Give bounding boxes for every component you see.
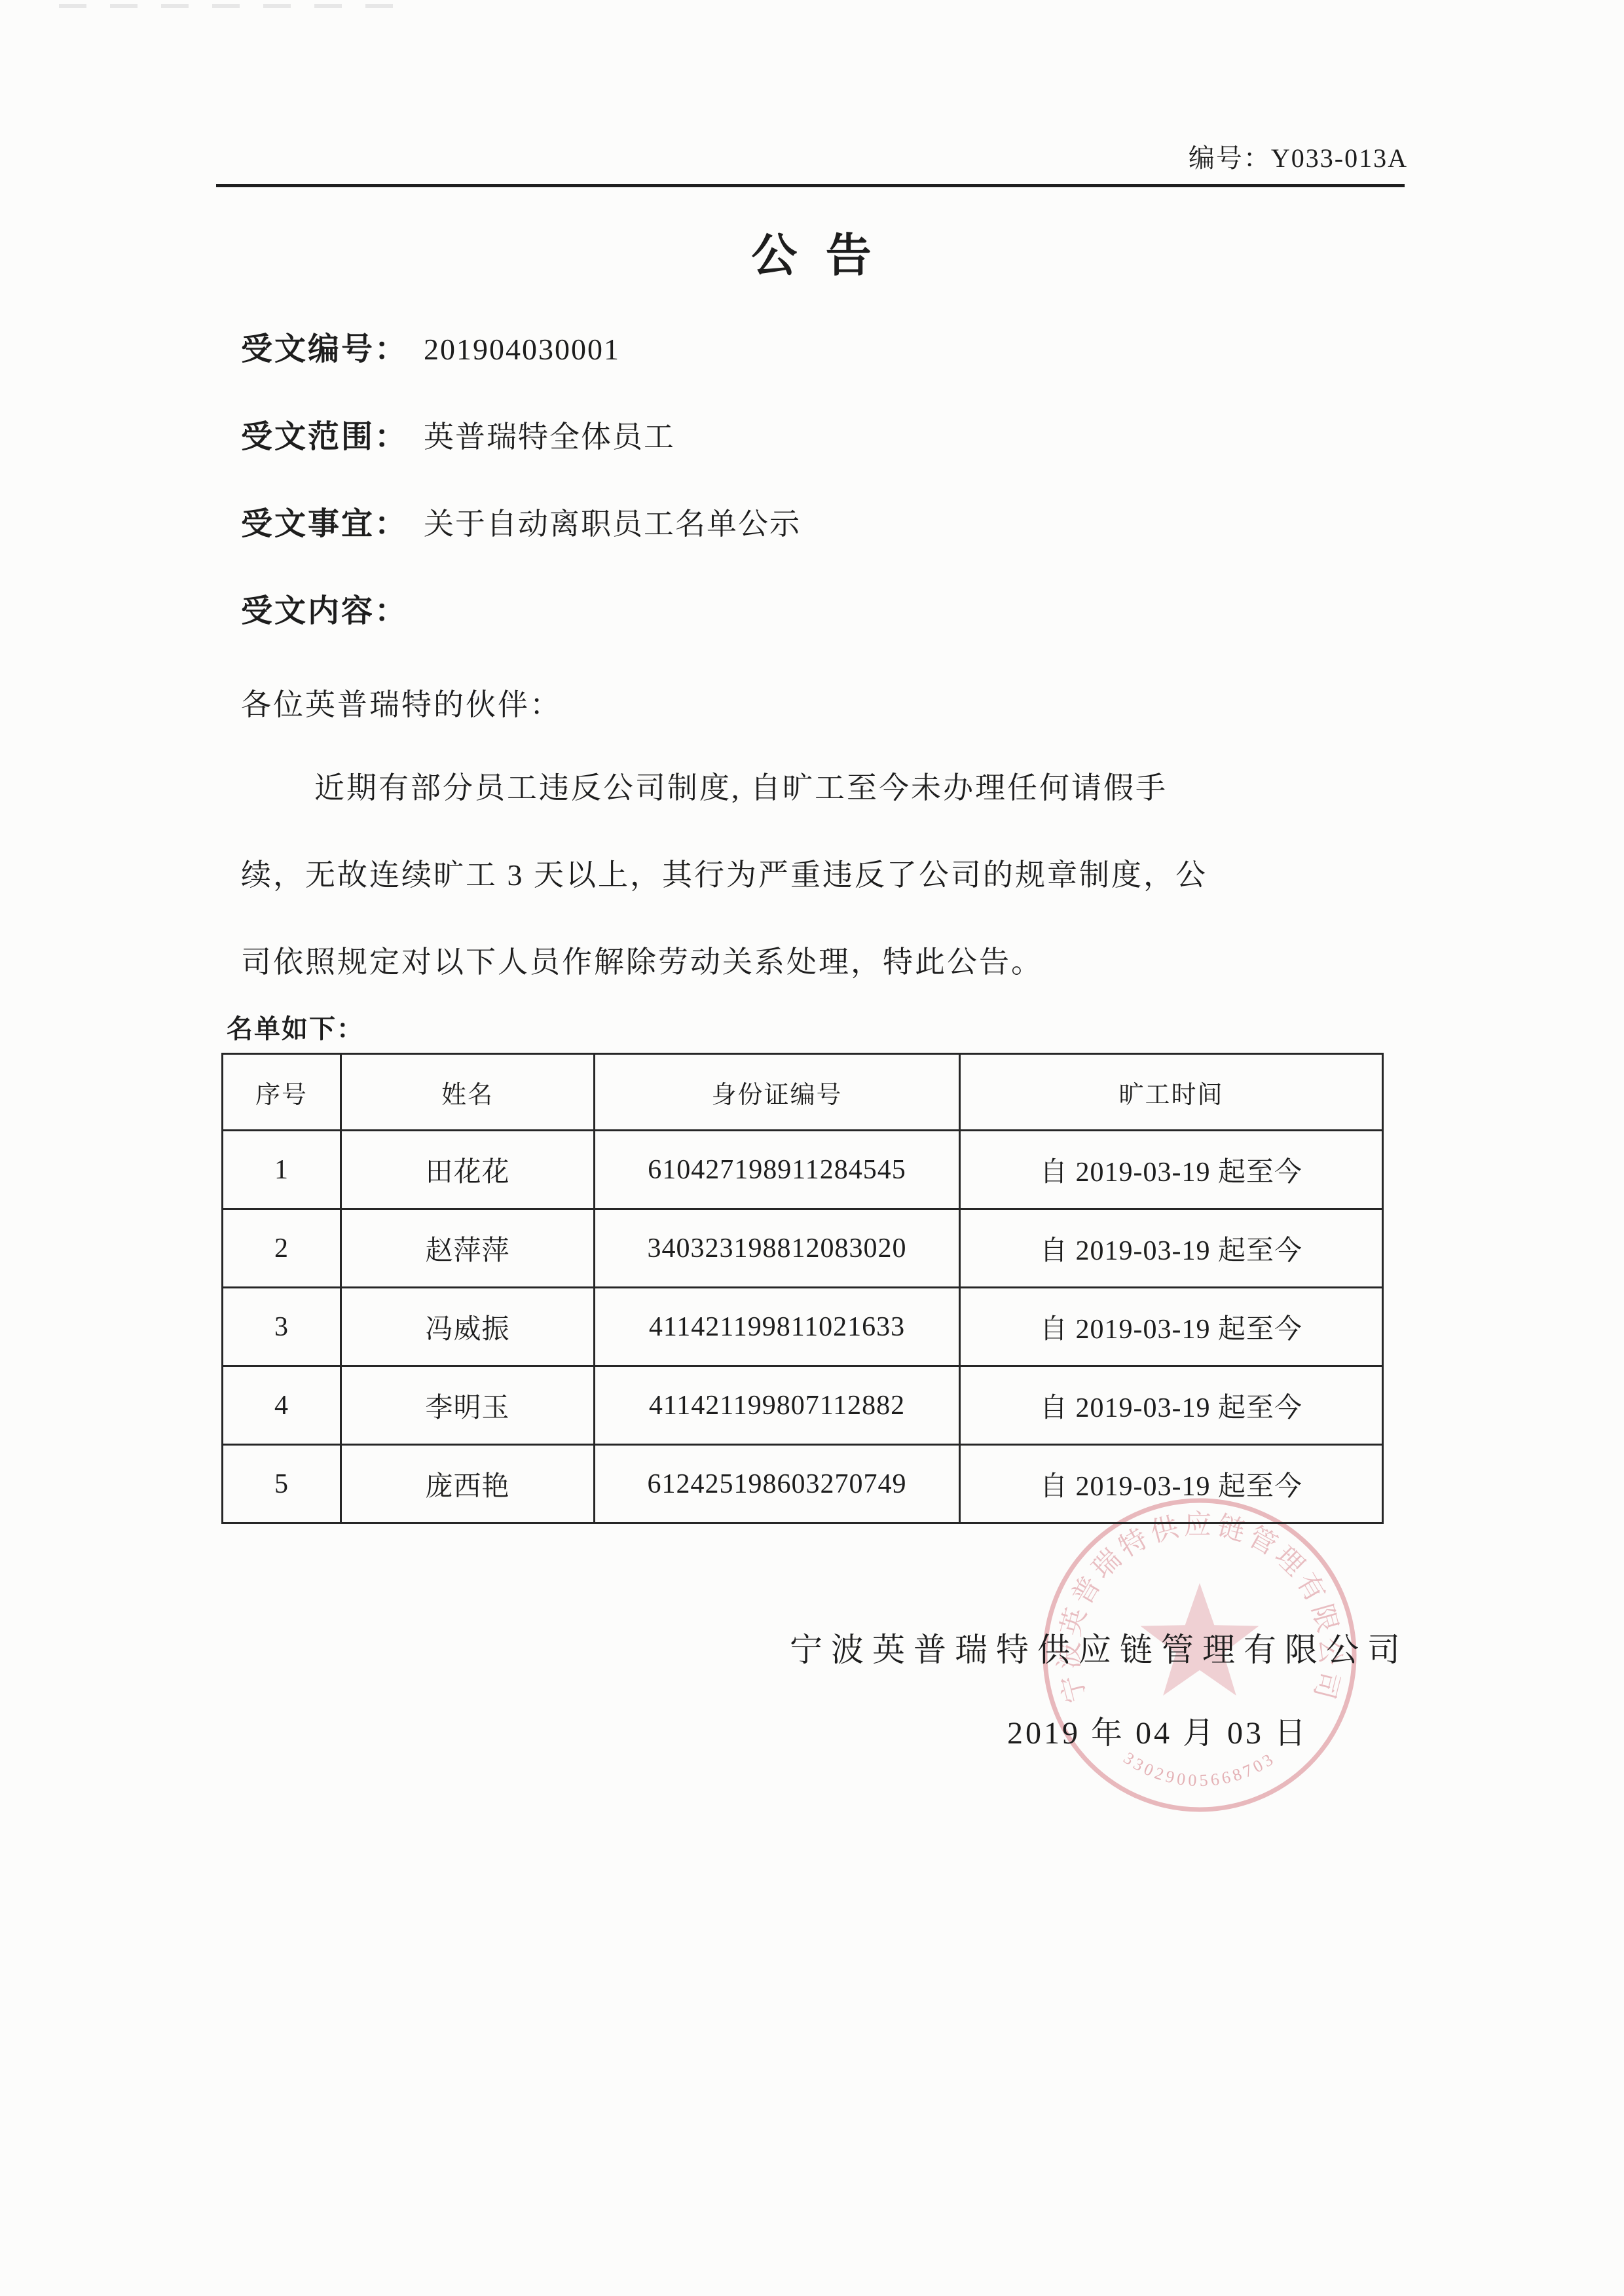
table-row: 2 赵萍萍 340323198812083020 自 2019-03-19 起至… <box>223 1209 1383 1288</box>
body-paragraph-line-2: 续，无故连续旷工 3 天以上，其行为严重违反了公司的规章制度，公 <box>241 857 1413 893</box>
cell-seq: 3 <box>223 1288 341 1366</box>
table-header-row: 序号 姓名 身份证编号 旷工时间 <box>223 1054 1383 1131</box>
table-row: 1 田花花 610427198911284545 自 2019-03-19 起至… <box>223 1131 1383 1209</box>
cell-seq: 5 <box>223 1445 341 1523</box>
field-row-content: 受文内容： <box>241 593 424 629</box>
field-row-scope: 受文范围：英普瑞特全体员工 <box>241 419 675 455</box>
cell-absence-time: 自 2019-03-19 起至今 <box>960 1209 1383 1288</box>
cell-id-number: 411421199811021633 <box>595 1288 960 1366</box>
field-label: 受文事宜： <box>241 507 408 541</box>
field-label: 受文范围： <box>241 420 408 454</box>
signature-company-name: 宁波英普瑞特供应链管理有限公司 <box>790 1624 1409 1671</box>
list-intro: 名单如下： <box>227 1008 364 1046</box>
signature-date: 2019 年 04 月 03 日 <box>1007 1707 1308 1753</box>
cell-id-number: 610427198911284545 <box>595 1131 960 1209</box>
cell-absence-time: 自 2019-03-19 起至今 <box>960 1131 1383 1209</box>
field-value: 201904030001 <box>424 333 620 366</box>
page-title: 公 告 <box>0 230 1624 283</box>
roster-table: 序号 姓名 身份证编号 旷工时间 1 田花花 61042719891128454… <box>221 1053 1384 1524</box>
cell-seq: 1 <box>223 1131 341 1209</box>
header-name: 姓名 <box>341 1054 595 1131</box>
cell-name: 田花花 <box>341 1131 595 1209</box>
field-row-doc-id: 受文编号：201904030001 <box>241 331 620 367</box>
cell-absence-time: 自 2019-03-19 起至今 <box>960 1445 1383 1523</box>
cell-seq: 4 <box>223 1366 341 1445</box>
body-paragraph-line-3: 司依照规定对以下人员作解除劳动关系处理，特此公告。 <box>241 944 1413 980</box>
cell-name: 赵萍萍 <box>341 1209 595 1288</box>
table-row: 3 冯威振 411421199811021633 自 2019-03-19 起至… <box>223 1288 1383 1366</box>
header-seq: 序号 <box>223 1054 341 1131</box>
cell-id-number: 612425198603270749 <box>595 1445 960 1523</box>
cell-seq: 2 <box>223 1209 341 1288</box>
cell-id-number: 411421199807112882 <box>595 1366 960 1445</box>
cell-id-number: 340323198812083020 <box>595 1209 960 1288</box>
field-label: 受文内容： <box>241 594 408 629</box>
field-row-subject: 受文事宜：关于自动离职员工名单公示 <box>241 506 801 542</box>
salutation: 各位英普瑞特的伙伴： <box>241 681 562 724</box>
field-value: 关于自动离职员工名单公示 <box>424 507 801 541</box>
cell-name: 庞西艳 <box>341 1445 595 1523</box>
roster-table-wrap: 序号 姓名 身份证编号 旷工时间 1 田花花 61042719891128454… <box>221 1053 1384 1524</box>
field-label: 受文编号： <box>241 332 408 367</box>
field-value: 英普瑞特全体员工 <box>424 420 675 454</box>
body-paragraph-line-1: 近期有部分员工违反公司制度, 自旷工至今未办理任何请假手 <box>241 770 1486 806</box>
table-row: 4 李明玉 411421199807112882 自 2019-03-19 起至… <box>223 1366 1383 1445</box>
header-absence-time: 旷工时间 <box>960 1054 1383 1131</box>
cell-name: 李明玉 <box>341 1366 595 1445</box>
cell-name: 冯威振 <box>341 1288 595 1366</box>
doc-number: 编号：Y033-013A <box>982 144 1408 173</box>
table-row: 5 庞西艳 612425198603270749 自 2019-03-19 起至… <box>223 1445 1383 1523</box>
scan-artifact-dashes <box>59 4 413 8</box>
cell-absence-time: 自 2019-03-19 起至今 <box>960 1366 1383 1445</box>
scanned-announcement-page: 编号：Y033-013A 公 告 受文编号：201904030001 受文范围：… <box>0 0 1624 2296</box>
cell-absence-time: 自 2019-03-19 起至今 <box>960 1288 1383 1366</box>
header-id-number: 身份证编号 <box>595 1054 960 1131</box>
header-rule <box>216 184 1405 187</box>
stamp-serial-number: 33029005668703 <box>1120 1749 1280 1791</box>
